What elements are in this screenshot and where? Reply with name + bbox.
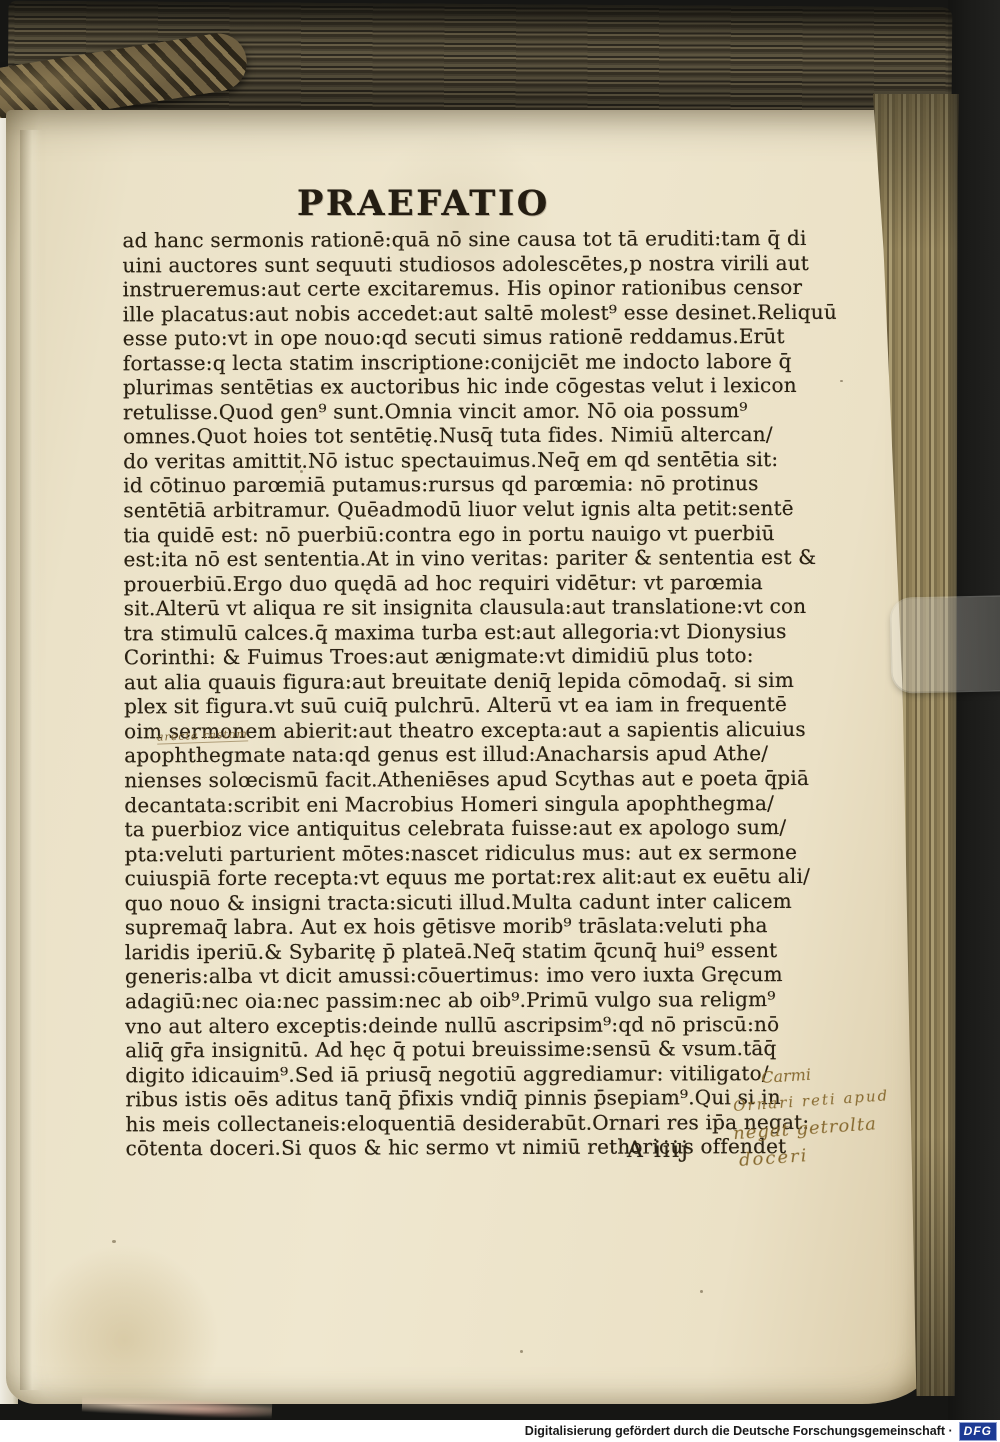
quire-signature: A iiij <box>627 1138 690 1163</box>
body-text-block: ad hanc sermonis rationē:quā nō sine cau… <box>122 226 873 1161</box>
body-line: aliq̄ gr̄a insignitū. Ad hęc q̄ potui br… <box>125 1036 873 1063</box>
body-line: tra stimulū calces.q̄ maxima turba est:a… <box>124 618 872 645</box>
body-line: esse puto:vt in ope nouo:qd secuti simus… <box>123 324 871 351</box>
body-line: aut alia quauis figura:aut breuitate den… <box>124 668 872 695</box>
page-holder-clip <box>891 597 1000 692</box>
background-right <box>948 0 1000 1442</box>
body-line: plurimas sentētias ex auctoribus hic ind… <box>123 373 871 400</box>
page-title: PRAEFATIO <box>297 183 550 224</box>
gutter-crease <box>20 130 42 1390</box>
body-line: quo nouo & insigni tracta:sicuti illud.M… <box>125 888 873 915</box>
digitization-footer: Digitalisierung gefördert durch die Deut… <box>0 1420 1000 1442</box>
paper-speck <box>700 1290 703 1293</box>
body-line: omnes.Quot hoies tot sentētię.Nusq̄ tuta… <box>123 422 871 449</box>
body-line: vno aut altero exceptis:deinde nullū asc… <box>125 1011 873 1038</box>
body-line: ad hanc sermonis rationē:quā nō sine cau… <box>122 226 870 253</box>
body-line: ille placatus:aut nobis accedet:aut salt… <box>123 299 871 326</box>
body-line: adagiū:nec oia:nec passim:nec ab oib⁹.Pr… <box>125 987 873 1014</box>
body-line: nienses solœcismū facit.Atheniēses apud … <box>124 766 872 793</box>
body-line: ta puerbioz vice antiquitus celebrata fu… <box>124 815 872 842</box>
body-line: est:ita nō est sententia.At in vino veri… <box>123 545 871 572</box>
paper-speck <box>112 1240 116 1243</box>
body-line: instrueremus:aut certe excitaremus. His … <box>123 275 871 302</box>
dfg-logo: DFG <box>959 1422 997 1441</box>
body-line: tia quidē est: nō puerbiū:contra ego in … <box>123 520 871 547</box>
digitization-credit-text: Digitalisierung gefördert durch die Deut… <box>525 1424 953 1438</box>
body-line: pta:veluti parturient mōtes:nascet ridic… <box>125 839 873 866</box>
body-line: prouerbiū.Ergo duo quędā ad hoc requiri … <box>124 569 872 596</box>
body-line: laridis iperiū.& Sybaritę p̄ plateā.Neq̄… <box>125 938 873 965</box>
body-line: id cōtinuo parœmiā putamus:rursus qd par… <box>123 471 871 498</box>
body-line: cuiuspiā forte recepta:vt equus me porta… <box>125 864 873 891</box>
paper-speck <box>520 1350 523 1353</box>
body-line: fortasse:q lecta statim inscriptione:con… <box>123 348 871 375</box>
book-scan: PRAEFATIO ad hanc sermonis rationē:quā n… <box>0 0 1000 1442</box>
body-line: sentētiā arbitramur. Quēadmodū liuor vel… <box>123 496 871 523</box>
body-line: Corinthi: & Fuimus Troes:aut ænigmate:vt… <box>124 643 872 670</box>
body-line: supremaq̄ labra. Aut ex hois gētisve mor… <box>125 913 873 940</box>
body-line: sit.Alterū vt aliqua re sit insignita cl… <box>124 594 872 621</box>
body-line: plex sit figura.vt suū cuiq̄ pulchrū. Al… <box>124 692 872 719</box>
margin-annotation: CarmiOrnari reti apudnegat getroltadocer… <box>728 1054 915 1174</box>
body-line: uini auctores sunt sequuti studiosos ado… <box>122 250 870 277</box>
body-line: retulisse.Quod gen⁹ sunt.Omnia vincit am… <box>123 398 871 425</box>
body-line: decantata:scribit eni Macrobius Homeri s… <box>124 790 872 817</box>
body-line: generis:alba vt dicit amussi:cōuertimus:… <box>125 962 873 989</box>
body-line: do veritas amittit.Nō istuc spectauimus.… <box>123 447 871 474</box>
body-line: apophthegmate nata:qd genus est illud:An… <box>124 741 872 768</box>
